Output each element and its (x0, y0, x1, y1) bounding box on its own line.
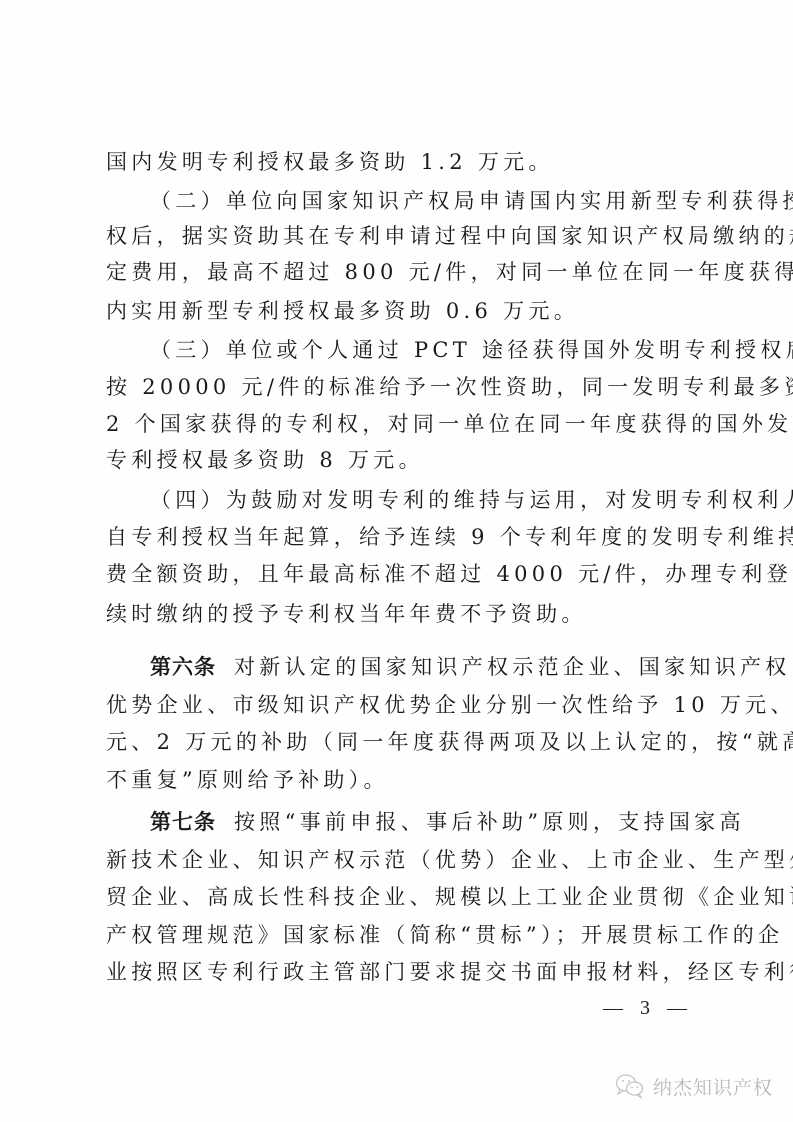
article-7-heading: 第七条 (150, 810, 216, 834)
text-line: 优势企业、市级知识产权优势企业分别一次性给予 10 万元、3 万 (106, 690, 696, 720)
text-line: 续时缴纳的授予专利权当年年费不予资助。 (106, 599, 696, 629)
text-line: 权后，据实资助其在专利申请过程中向国家知识产权局缴纳的规 (106, 221, 696, 251)
document-page: 国内发明专利授权最多资助 1.2 万元。 （二）单位向国家知识产权局申请国内实用… (0, 0, 793, 1122)
page-number: — 3 — (603, 997, 693, 1020)
article-6-text: 对新认定的国家知识产权示范企业、国家知识产权 (234, 655, 791, 679)
article-6-heading: 第六条 (150, 655, 216, 679)
text-line: 业按照区专利行政主管部门要求提交书面申报材料，经区专利行 (106, 957, 696, 987)
text-line: 国内发明专利授权最多资助 1.2 万元。 (106, 147, 696, 177)
article-7-text: 按照“事前申报、事后补助”原则，支持国家高 (234, 810, 745, 834)
text-line: 按 20000 元/件的标准给予一次性资助，同一发明专利最多资助在 (106, 372, 696, 402)
text-line: 自专利授权当年起算，给予连续 9 个专利年度的发明专利维持年 (106, 522, 696, 552)
text-line: 不重复”原则给予补助）。 (106, 765, 696, 795)
text-line: （四）为鼓励对发明专利的维持与运用，对发明专利权利人 (150, 485, 696, 515)
text-line: 新技术企业、知识产权示范（优势）企业、上市企业、生产型外 (106, 845, 696, 875)
watermark: 纳杰知识产权 (615, 1070, 773, 1102)
text-line: 元、2 万元的补助（同一年度获得两项及以上认定的，按“就高 (106, 727, 696, 757)
watermark-text: 纳杰知识产权 (653, 1073, 773, 1100)
article-6-first-line: 第六条对新认定的国家知识产权示范企业、国家知识产权 (150, 652, 696, 682)
text-line: 专利授权最多资助 8 万元。 (106, 445, 696, 475)
text-line: 2 个国家获得的专利权，对同一单位在同一年度获得的国外发明 (106, 409, 696, 439)
article-7-first-line: 第七条按照“事前申报、事后补助”原则，支持国家高 (150, 807, 696, 837)
text-line: 内实用新型专利授权最多资助 0.6 万元。 (106, 296, 696, 326)
text-line: 定费用，最高不超过 800 元/件，对同一单位在同一年度获得的国 (106, 257, 696, 287)
text-line: 费全额资助，且年最高标准不超过 4000 元/件，办理专利登记手 (106, 559, 696, 589)
text-line: （二）单位向国家知识产权局申请国内实用新型专利获得授 (150, 186, 696, 216)
text-line: 贸企业、高成长性科技企业、规模以上工业企业贯彻《企业知识 (106, 882, 696, 912)
wechat-icon (615, 1073, 645, 1099)
text-line: （三）单位或个人通过 PCT 途径获得国外发明专利授权后， (150, 335, 696, 365)
text-line: 产权管理规范》国家标准（简称“贯标”）；开展贯标工作的企 (106, 920, 696, 950)
